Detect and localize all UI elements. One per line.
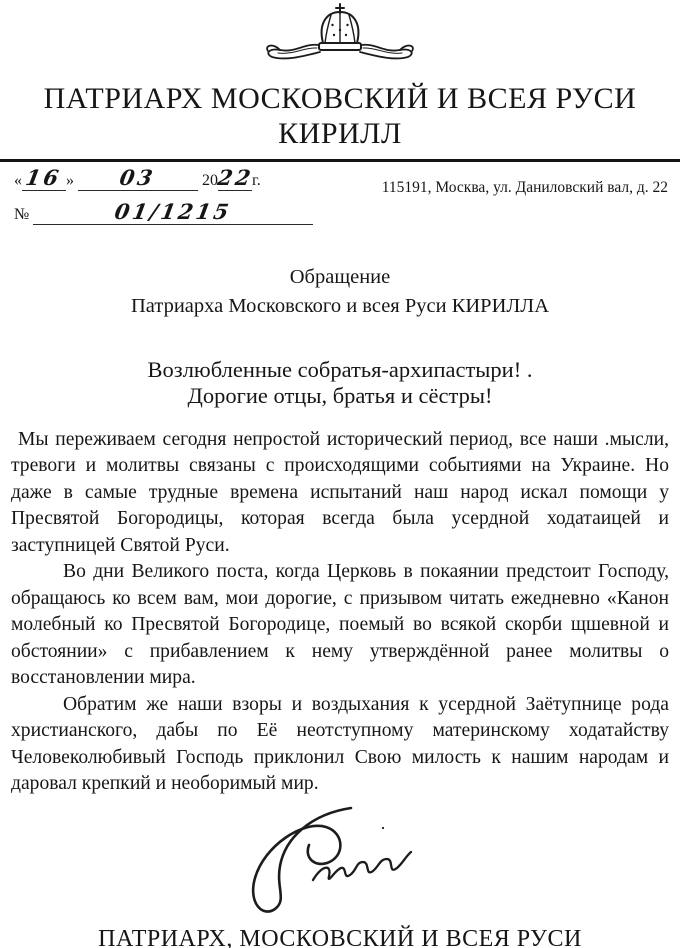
footer-title: ПАТРИАРХ, МОСКОВСКИЙ И ВСЕЯ РУСИ [0, 926, 680, 948]
signature-container [0, 804, 680, 920]
appeal-heading-line2: Патриарха Московского и всея Руси КИРИЛЛ… [0, 292, 680, 321]
letterhead-title: ПАТРИАРХ МОСКОВСКИЙ И ВСЕЯ РУСИ КИРИЛЛ [0, 81, 680, 151]
body-paragraph: Во дни Великого поста, когда Церковь в п… [11, 559, 669, 692]
salutation: Возлюбленные собратья-архипастыри! . Дор… [0, 357, 680, 409]
date-line: «16» 03 2022г. [14, 167, 344, 197]
letterhead-title-line1: ПАТРИАРХ МОСКОВСКИЙ И ВСЕЯ РУСИ [0, 81, 680, 116]
body-paragraph: Обратим же наши взоры и воздыхания к усе… [11, 692, 669, 798]
date-number-block: «16» 03 2022г. № 01/1215 [14, 167, 344, 231]
date-close-quote: » [66, 172, 74, 189]
letterhead-meta: «16» 03 2022г. № 01/1215 115191, Москва,… [0, 162, 680, 231]
day-field: 16 [22, 167, 66, 191]
month-field: 03 [78, 167, 198, 191]
number-value: 01/1215 [113, 201, 233, 222]
letterhead-title-line2: КИРИЛЛ [0, 116, 680, 151]
year-value: 22 [216, 167, 255, 188]
appeal-heading-line1: Обращение [0, 263, 680, 292]
letter-page: ПАТРИАРХ МОСКОВСКИЙ И ВСЕЯ РУСИ КИРИЛЛ «… [0, 0, 680, 948]
patriarchal-mitre-emblem-icon [260, 3, 420, 63]
salutation-line1: Возлюбленные собратья-архипастыри! . [0, 357, 680, 383]
salutation-line2: Дорогие отцы, братья и сёстры! [0, 383, 680, 409]
body-paragraph: Мы переживаем сегодня непростой историче… [11, 427, 669, 560]
day-value: 16 [25, 167, 64, 188]
letterhead-address: 115191, Москва, ул. Даниловский вал, д. … [382, 179, 668, 197]
number-label: № [14, 206, 29, 223]
kirill-signature-icon [225, 804, 455, 920]
emblem-container [0, 0, 680, 63]
number-line: № 01/1215 [14, 201, 344, 231]
letter-body: Мы переживаем сегодня непростой историче… [0, 427, 680, 798]
year-field: 22 [218, 167, 252, 191]
month-value: 03 [119, 167, 158, 188]
date-open-quote: « [14, 172, 22, 189]
number-field: 01/1215 [33, 201, 313, 225]
appeal-heading: Обращение Патриарха Московского и всея Р… [0, 263, 680, 320]
